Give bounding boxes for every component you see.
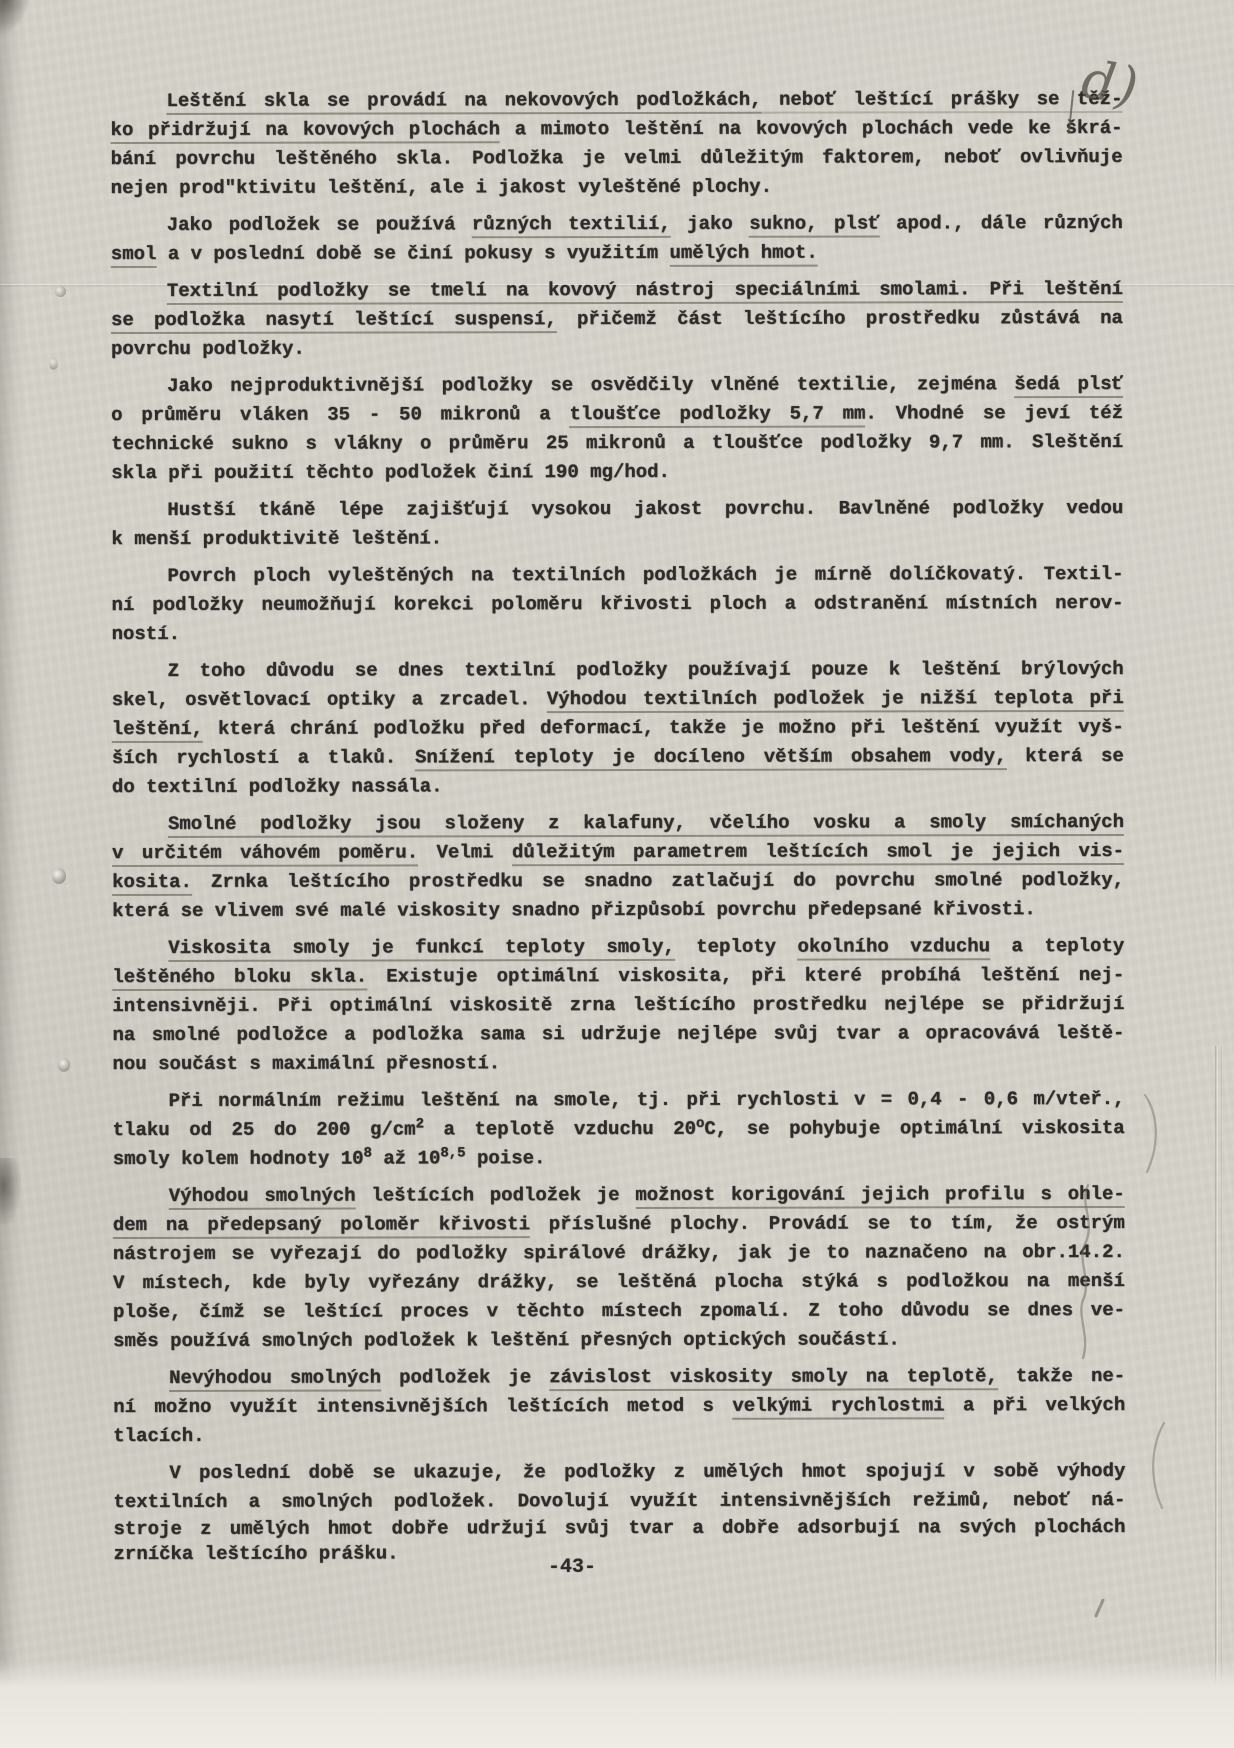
text-segment: nejen prod"ktivitu leštění, ale i jakost… [111, 176, 772, 199]
text-line: ností. [112, 618, 1124, 649]
underlined-text: se podložka nasytí leštící suspensí, [111, 308, 557, 334]
underlined-text: leštěného bloku skla. [112, 966, 367, 992]
text-segment: tlaku od 25 do 200 g/cm [113, 1118, 416, 1141]
text-line: Jako podložek se používá různých textili… [111, 209, 1123, 240]
text-segment: jako [671, 213, 749, 235]
text-line: Jako nejproduktivnější podložky se osvěd… [111, 370, 1123, 401]
text-line: leštěného bloku skla. Existuje optimální… [112, 961, 1124, 992]
text-segment: ších rychlostí a tlaků. [112, 746, 415, 769]
paragraph: Výhodou smolných leštících podložek je m… [113, 1180, 1125, 1356]
text-segment: a teploty [990, 935, 1124, 957]
text-line: dem na předepsaný poloměr křivosti přísl… [113, 1209, 1125, 1240]
pencil-stroke [1068, 90, 1075, 134]
paragraph: Textilní podložky se tmelí na kovový nás… [111, 275, 1123, 364]
text-segment: přičemž část leštícího prostředku zůstáv… [557, 307, 1123, 330]
underlined-text: různých textilií, [472, 213, 671, 238]
text-segment: bání povrchu leštěného skla. Podložka je… [111, 146, 1123, 170]
text-line: ní podložky neumožňují korekci poloměru … [111, 589, 1123, 620]
text-line: Při normálním režimu leštění na smole, t… [113, 1085, 1125, 1116]
paragraph: Hustší tkáně lépe zajišťují vysokou jako… [111, 494, 1123, 554]
text-segment: stroje z umělých hmot dobře udržují svůj… [113, 1516, 1125, 1540]
paper-crease-vertical [1215, 1046, 1224, 1748]
scan-bottom-band [0, 1660, 1234, 1748]
text-segment: skla při použití těchto podložek činí 19… [111, 461, 670, 484]
text-segment: nástrojem se vyřezají do podložky spirál… [113, 1241, 1125, 1265]
text-line: V poslední době se ukazuje, že podložky … [113, 1457, 1125, 1488]
text-segment: směs používá smolných podložek k leštění… [113, 1328, 900, 1352]
text-segment: která chrání podložku před deformací, ta… [203, 716, 1124, 740]
text-line: textilních a smolných podložek. Dovolují… [113, 1486, 1125, 1517]
text-line: V místech, kde byly vyřezány drážky, se … [113, 1267, 1125, 1298]
text-line: nou součást s maximální přesností. [112, 1048, 1124, 1079]
text-line: tlaku od 25 do 200 g/cm2 a teplotě vzduc… [113, 1114, 1125, 1145]
text-segment: a při velkých [945, 1394, 1126, 1416]
text-segment: C, se pohybuje optimální viskosita [704, 1117, 1124, 1140]
underlined-text: velkými rychlostmi [732, 1394, 944, 1419]
text-line: k menší produktivitě leštění. [111, 523, 1123, 554]
text-segment: poise. [466, 1147, 546, 1169]
underlined-text: okolního vzduchu [798, 935, 991, 960]
text-line: o průměru vláken 35 - 50 mikronů a tlouš… [111, 399, 1123, 430]
underlined-text: tloušťce podložky 5,7 mm [569, 402, 865, 428]
text-segment: která se vlivem své malé viskosity snadn… [112, 898, 1036, 922]
text-line: na smolné podložce a podložka sama si ud… [112, 1019, 1124, 1050]
text-segment: Při normálním režimu leštění na smole, t… [169, 1088, 1125, 1112]
text-segment: skel, osvětlovací optiky a zrcadel. [112, 688, 547, 711]
underlined-text: Snížení teploty je docíleno větším obsah… [415, 745, 1007, 771]
underlined-text: ko přidržují na kovových plochách [111, 118, 501, 144]
paper-blemish [52, 868, 66, 884]
pencil-arc-open [1146, 1420, 1168, 1512]
superscript-text: 2 [416, 1116, 424, 1132]
text-segment: teploty [675, 936, 798, 958]
text-line: Textilní podložky se tmelí na kovový nás… [111, 275, 1123, 306]
text-line: do textilní podložky nassála. [112, 771, 1124, 802]
text-segment: k menší produktivitě leštění. [111, 527, 442, 550]
text-line: která se vlivem své malé viskosity snadn… [112, 895, 1124, 926]
text-segment: apod., dále různých [880, 212, 1123, 235]
pencil-squiggle [1074, 1182, 1104, 1372]
text-line: smoly kolem hodnoty 108 až 108,5 poise. [113, 1143, 1125, 1174]
text-line: smol a v poslední době se činí pokusy s … [111, 238, 1123, 269]
typed-text-block: Leštění skla se provádí na nekovových po… [110, 85, 1125, 1575]
underlined-text: sukno, plsť [749, 212, 880, 237]
text-line: směs používá smolných podložek k leštění… [113, 1325, 1125, 1356]
text-line: v určitém váhovém poměru. Velmi důležitý… [112, 837, 1124, 868]
text-line: Smolné podložky jsou složeny z kalafuny,… [112, 808, 1124, 839]
underlined-text: Nevýhodou smolných [169, 1366, 381, 1391]
underlined-text: v určitém váhovém poměru. [112, 841, 418, 867]
paper-blemish [55, 286, 66, 297]
text-line: kosita. Zrnka leštícího prostředku se sn… [112, 866, 1124, 897]
text-segment: textilních a smolných podložek. Dovolují… [113, 1489, 1125, 1513]
text-line: ších rychlostí a tlaků. Snížení teploty … [112, 742, 1124, 773]
text-segment: ploše, čímž se leštící proces v těchto m… [113, 1299, 1125, 1323]
text-segment: V poslední době se ukazuje, že podložky … [169, 1460, 1125, 1484]
text-segment: Jako podložek se používá [167, 213, 472, 236]
text-line: Z toho důvodu se dnes textilní podložky … [112, 655, 1124, 686]
text-line: technické sukno s vlákny o průměru 25 mi… [111, 428, 1123, 459]
text-line: Viskosita smoly je funkcí teploty smoly,… [112, 932, 1124, 963]
text-segment: Existuje optimální viskosita, při které … [367, 964, 1124, 988]
text-line: stroje z umělých hmot dobře udržují svůj… [113, 1515, 1125, 1542]
text-segment: až 10 [372, 1147, 440, 1169]
text-segment: která se [1006, 745, 1123, 767]
text-line: ní možno využít intensivnějších leštícíc… [113, 1391, 1125, 1422]
underlined-text: závislost viskosity smoly na teplotě, [549, 1365, 998, 1391]
paper-blemish [58, 1058, 70, 1072]
text-line: intensivněji. Při optimální viskositě zr… [112, 990, 1124, 1021]
superscript-text: o [696, 1116, 704, 1132]
paragraph: Leštění skla se provádí na nekovových po… [110, 85, 1122, 203]
text-segment: Hustší tkáně lépe zajišťují vysokou jako… [167, 497, 1123, 521]
text-line: nástrojem se vyřezají do podložky spirál… [113, 1238, 1125, 1269]
paragraph: V poslední době se ukazuje, že podložky … [113, 1457, 1125, 1567]
text-segment: a mimoto leštění na kovových plochách ve… [500, 117, 1123, 140]
underlined-text: leštění, [112, 718, 203, 743]
superscript-text: 8,5 [440, 1145, 465, 1161]
text-line: ploše, čímž se leštící proces v těchto m… [113, 1296, 1125, 1327]
text-segment: takže ne- [998, 1365, 1125, 1387]
text-segment: a v poslední době se činí pokusy s využi… [156, 242, 669, 265]
paragraph: Viskosita smoly je funkcí teploty smoly,… [112, 932, 1124, 1079]
scanned-page: Leštění skla se provádí na nekovových po… [0, 0, 1234, 1748]
text-line: bání povrchu leštěného skla. Podložka je… [111, 143, 1123, 174]
text-segment: nou součást s maximální přesností. [112, 1052, 500, 1075]
paragraph: Jako podložek se používá různých textili… [111, 209, 1123, 269]
text-segment: Povrch ploch vyleštěných na textilních p… [167, 563, 1123, 587]
superscript-text: 8 [364, 1146, 372, 1162]
paper-edge-smudge [0, 1158, 22, 1228]
text-segment: ní možno využít intensivnějších leštícíc… [113, 1395, 732, 1418]
text-line: leštění, která chrání podložku před defo… [112, 713, 1124, 744]
underlined-text: smol [111, 243, 157, 268]
text-segment: podložek je [381, 1366, 549, 1388]
text-line: Hustší tkáně lépe zajišťují vysokou jako… [111, 494, 1123, 525]
underlined-text: kosita. [112, 871, 192, 896]
text-line: Povrch ploch vyleštěných na textilních p… [111, 560, 1123, 591]
text-segment: smoly kolem hodnoty 10 [113, 1148, 364, 1171]
underlined-text: Leštění skla se provádí na nekovových po… [166, 89, 761, 115]
text-line: nejen prod"ktivitu leštění, ale i jakost… [111, 172, 1123, 203]
text-segment: ní podložky neumožňují korekci poloměru … [112, 592, 1124, 616]
text-segment: . Vhodné se jeví též [865, 402, 1123, 425]
text-line: povrchu podložky. [111, 333, 1123, 364]
handwritten-annotation: d) [1062, 62, 1172, 142]
underlined-text: možnost korigování jejich profilu s ohle… [635, 1183, 1124, 1209]
pencil-arc-close [1142, 1092, 1164, 1176]
text-line: skel, osvětlovací optiky a zrcadel. Výho… [112, 684, 1124, 715]
text-segment: příslušné plochy. Provádí se to tím, že … [530, 1212, 1125, 1235]
text-line: Nevýhodou smolných podložek je závislost… [113, 1362, 1125, 1393]
text-line: se podložka nasytí leštící suspensí, při… [111, 304, 1123, 335]
text-line: skla při použití těchto podložek činí 19… [111, 457, 1123, 488]
text-segment: Velmi [418, 841, 512, 863]
text-line: Výhodou smolných leštících podložek je m… [113, 1180, 1125, 1211]
text-line: ko přidržují na kovových plochách a mimo… [111, 114, 1123, 145]
text-segment: ností. [112, 623, 180, 645]
text-segment: Zrnka leštícího prostředku se snadno zat… [192, 869, 1124, 893]
text-segment: na smolné podložce a podložka sama si ud… [112, 1022, 1124, 1046]
handwritten-annotation-text: d) [1078, 50, 1144, 118]
text-segment: Z toho důvodu se dnes textilní podložky … [168, 658, 1124, 682]
underlined-text: Smolné podložky jsou složeny z kalafuny,… [168, 811, 1124, 838]
scan-edge-shadow [0, 0, 26, 1748]
underlined-text: Výhodou textilních podložek je nižší tep… [547, 687, 1124, 713]
underlined-text: šedá plsť [1014, 373, 1123, 398]
underlined-text: Výhodou smolných [169, 1185, 356, 1210]
paragraph: Jako nejproduktivnější podložky se osvěd… [111, 370, 1123, 488]
underlined-text: umělých hmot. [669, 242, 817, 267]
paragraph: Povrch ploch vyleštěných na textilních p… [111, 560, 1123, 649]
text-segment: povrchu podložky. [111, 338, 305, 360]
underlined-text: Viskosita smoly je funkcí teploty smoly, [168, 936, 675, 962]
text-segment: tlacích. [113, 1425, 204, 1447]
text-segment: Jako nejproduktivnější podložky se osvěd… [167, 373, 1014, 397]
paper-blemish [49, 358, 58, 370]
text-segment: o průměru vláken 35 - 50 mikronů a [111, 403, 569, 426]
page-number: -43- [0, 1556, 1144, 1579]
underlined-text: Textilní podložky se tmelí na kovový nás… [167, 278, 1123, 305]
paragraph: Při normálním režimu leštění na smole, t… [113, 1085, 1125, 1174]
text-segment: V místech, kde byly vyřezány drážky, se … [113, 1270, 1125, 1294]
text-segment: technické sukno s vlákny o průměru 25 mi… [111, 431, 1123, 455]
underlined-text: důležitým parametrem leštících smol je j… [512, 840, 1124, 866]
underlined-text: dem na předepsaný poloměr křivosti [113, 1213, 530, 1239]
paragraph: Nevýhodou smolných podložek je závislost… [113, 1362, 1125, 1451]
pencil-tick [1094, 1598, 1105, 1617]
text-line: Leštění skla se provádí na nekovových po… [110, 85, 1122, 116]
text-segment: a teplotě vzduchu 20 [424, 1118, 696, 1141]
paragraph: Z toho důvodu se dnes textilní podložky … [112, 655, 1124, 802]
underlined-text [761, 89, 779, 114]
text-segment: intensivněji. Při optimální viskositě zr… [112, 993, 1124, 1017]
text-segment: leštících podložek je [356, 1184, 636, 1207]
paragraph: Smolné podložky jsou složeny z kalafuny,… [112, 808, 1124, 926]
text-segment: do textilní podložky nassála. [112, 775, 443, 798]
text-line: tlacích. [113, 1420, 1125, 1451]
